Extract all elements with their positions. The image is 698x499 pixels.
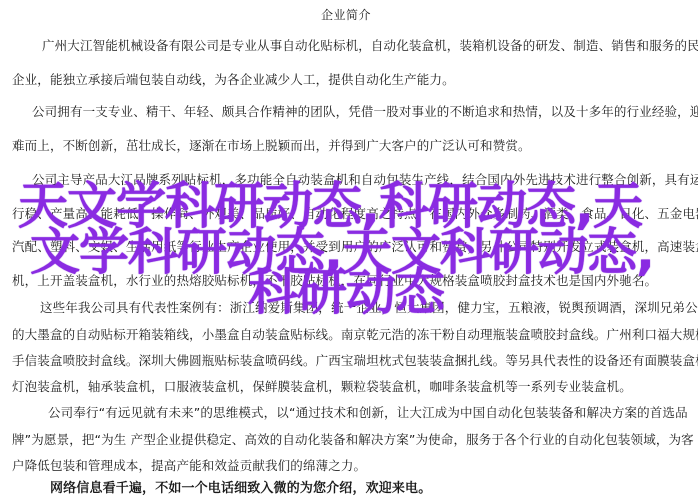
- document-title: 企业简介: [0, 6, 695, 23]
- paragraph-line: 这些年我公司具有代表性案例有：浙江纳爱斯集团，统一企业，恒大集团，健力宝，五粮液…: [40, 300, 698, 316]
- company-profile-document: 企业简介 广州大江智能机械设备有限公司是专业从事自动化贴标机，自动化装盒机，装箱…: [0, 0, 698, 499]
- paragraph-line: 汽配、塑料、文娱、生活用纸等行业生产企业使用，并受到用户的广泛认可和赞赏，另外公…: [12, 239, 698, 255]
- paragraph-line: 机，上开盖装盒机，水行业的热熔胶贴标机，不干胶贴标机，在同行业中大规格装盒喷胶封…: [12, 273, 657, 289]
- paragraph-line: 牌”为愿景，把“为生 产型企业提供稳定、高效的自动化装备和解决方案”为使命，服务…: [12, 432, 694, 448]
- paragraph-line: 户降低包装和管理成本，提高产能和效益贡献我们的绵薄之力。: [12, 458, 366, 474]
- paragraph-line: 手信装盒喷胶封盒线。深圳大佛圆瓶贴标装盒喷码线。广西宝瑞坦枕式包装装盒捆扎线。等…: [12, 353, 698, 369]
- paragraph-line: 企业，能独立承接后端包装自动线，为各企业减少人工，提供自动化生产能力。: [12, 72, 455, 88]
- paragraph-line: 广州大江智能机械设备有限公司是专业从事自动化贴标机，自动化装盒机，装箱机设备的研…: [42, 38, 698, 54]
- paragraph-line: 公司主导产品大江品牌系列贴标机，多功能全自动装盒机和自动包装生产线，结合国内外先…: [32, 172, 698, 188]
- paragraph-line: 的大墨盒的自动贴标开箱装箱线，小墨盒自动装盒贴标线。南京乾元浩的冻干粉自动理瓶装…: [12, 327, 698, 343]
- contact-call-to-action: 网络信息看千遍，不如一个电话细致入微的为您介绍，欢迎来电。: [50, 481, 431, 497]
- paragraph-line: 公司拥有一支专业、精干、年轻、颇具合作精神的团队，凭借一股对事业的不断追求和热情…: [32, 104, 698, 120]
- paragraph-line: 难而上，不断创新，茁壮成长，逐渐在市场上脱颖而出，并得到广大客户的广泛认可和赞赏…: [12, 138, 531, 154]
- paragraph-line: 行稳、产量高、能耗低、操作简、外观美、品质好、自动化程度高之特点，在国内外众多制…: [12, 206, 698, 222]
- paragraph-line: 灯泡装盒机，轴承装盒机，口服液装盒机，保鲜膜装盒机，颗粒袋装盒机，咖啡条装盒机等…: [12, 379, 632, 395]
- paragraph-line: 公司奉行“有远见就有未来”的思维模式，以“通过技术和创新，让大江成为中国自动化包…: [48, 405, 688, 421]
